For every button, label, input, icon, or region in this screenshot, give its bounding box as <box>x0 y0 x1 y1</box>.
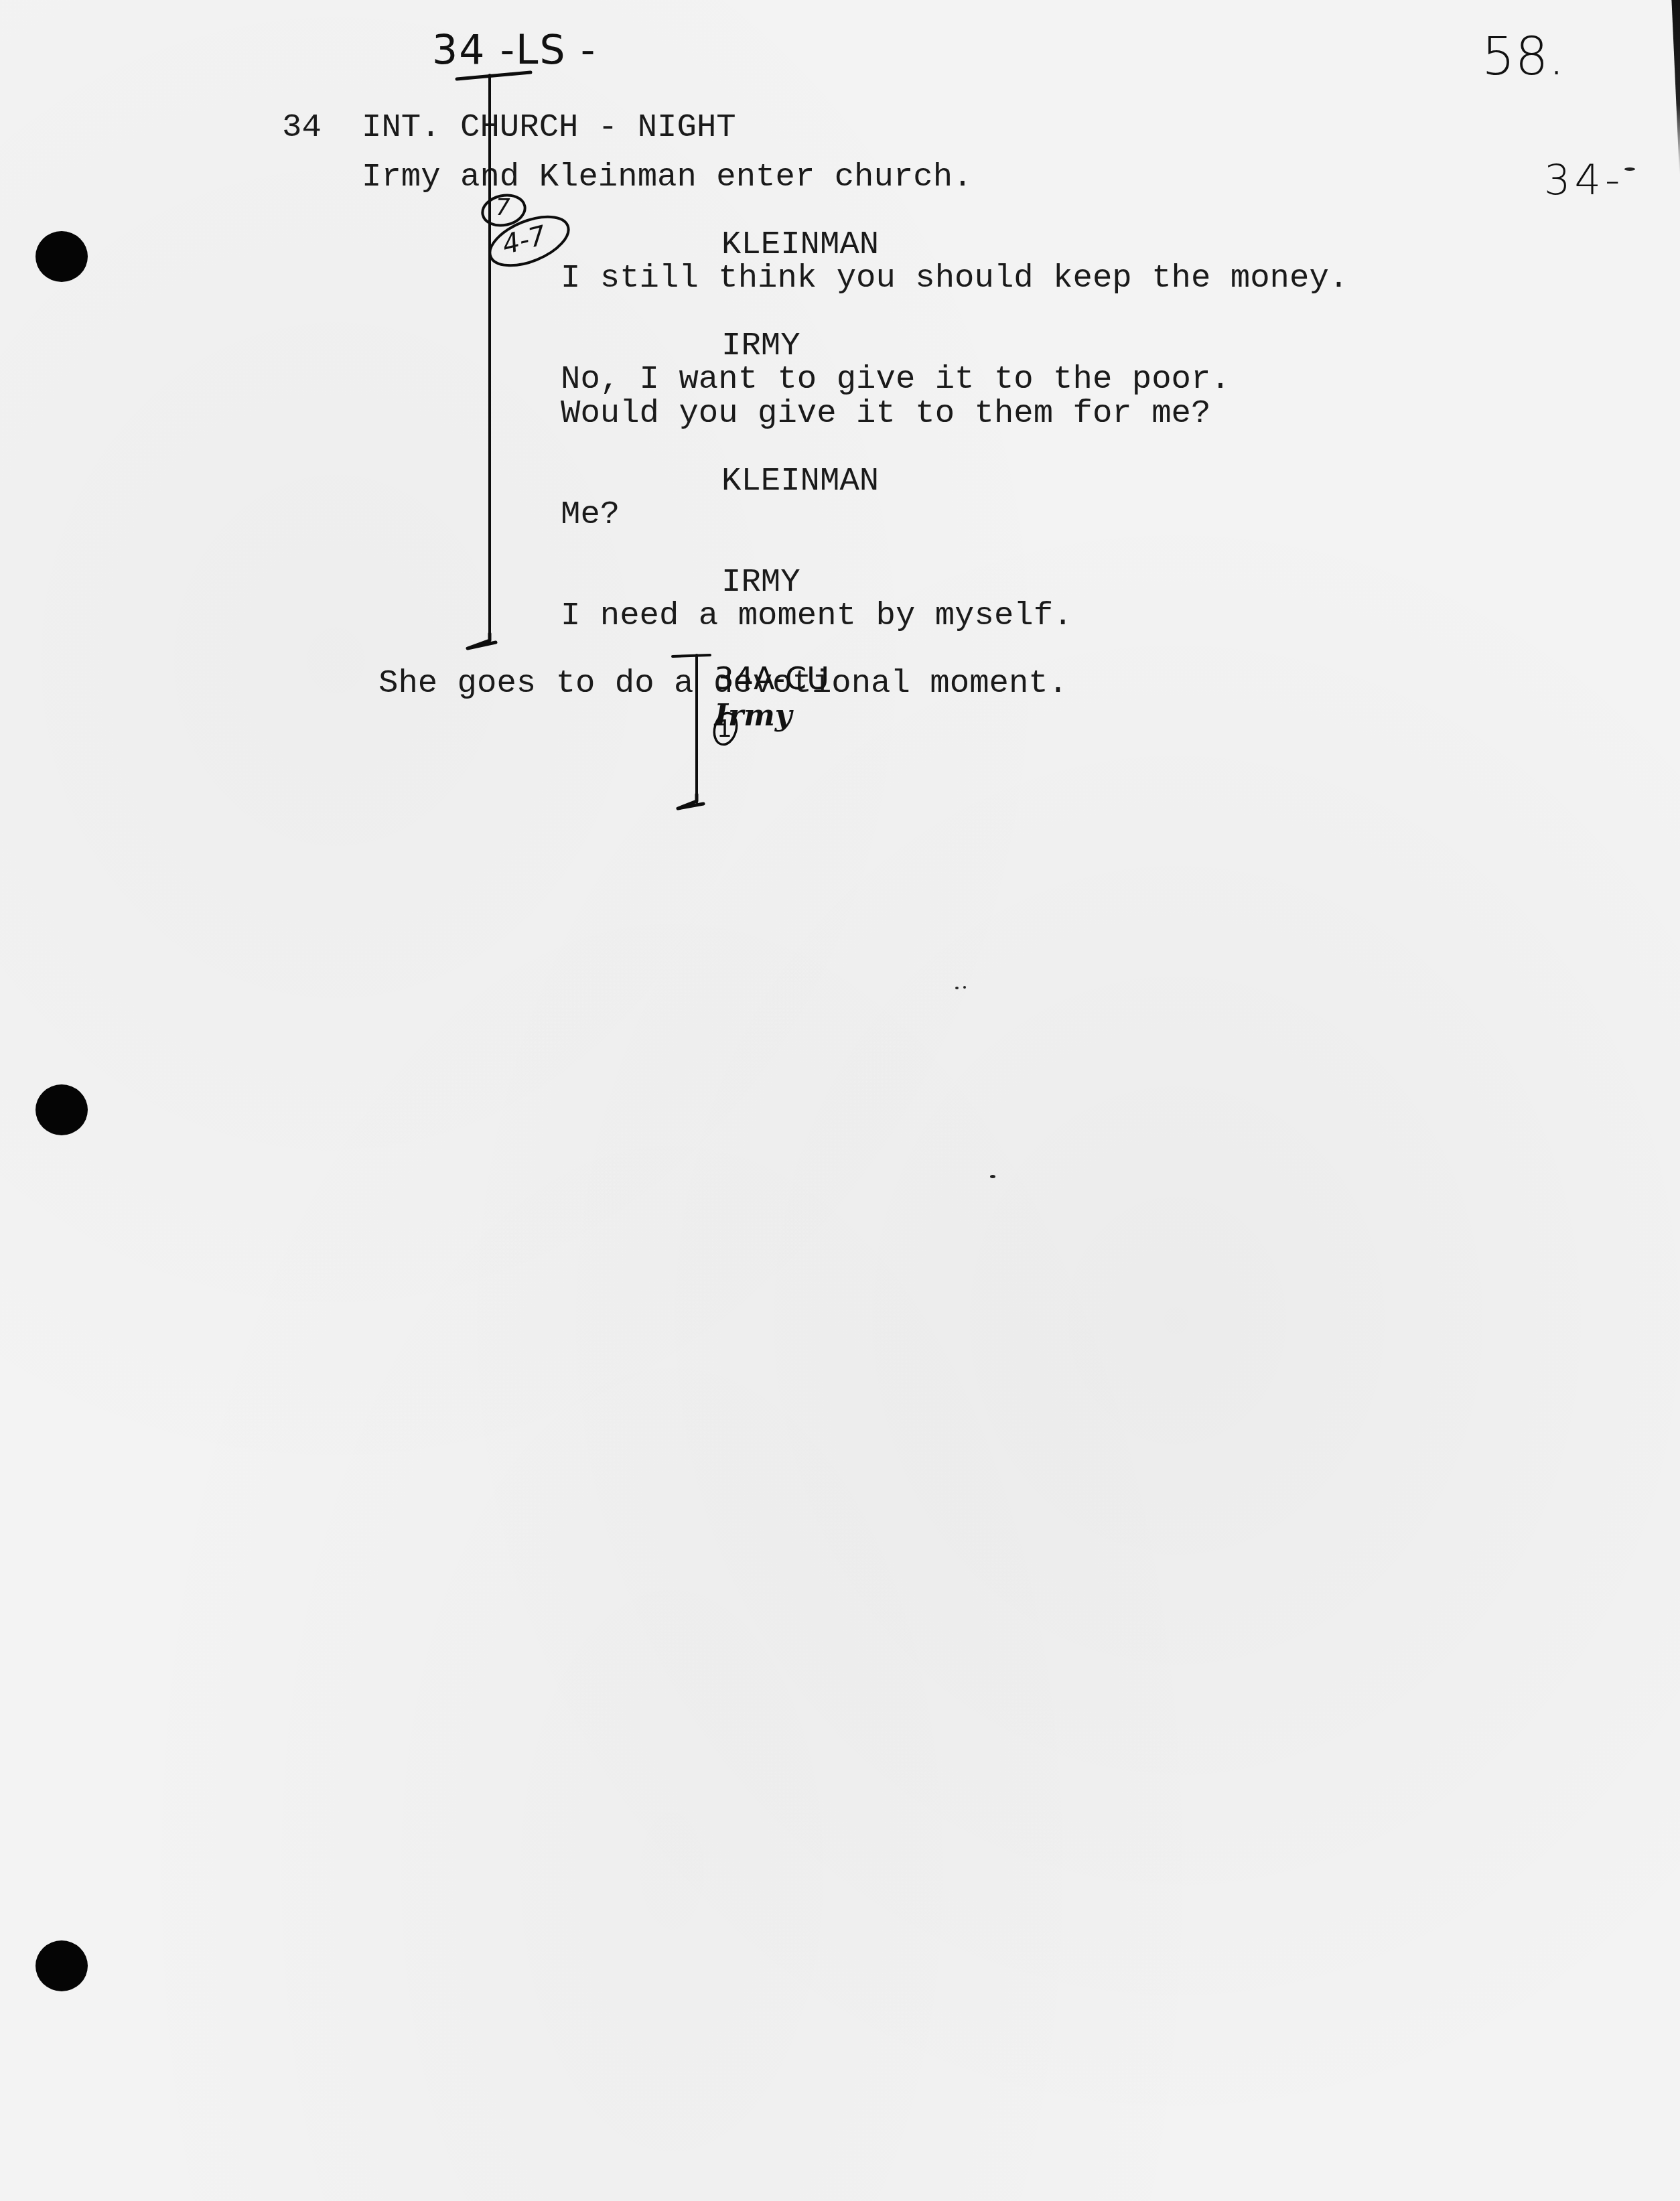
character-name: KLEINMAN <box>721 228 879 261</box>
dialogue-line: Me? <box>561 498 620 531</box>
scan-edge-shadow <box>1668 0 1680 174</box>
character-name: KLEINMAN <box>721 465 879 498</box>
margin-scene-note: 34- <box>1544 155 1624 204</box>
dialogue-line: I still think you should keep the money. <box>561 262 1348 295</box>
paper-speck <box>963 986 966 989</box>
paper-speck <box>1624 167 1635 171</box>
circled-take-number: 1 <box>717 715 732 743</box>
scene-number: 34 <box>282 111 322 144</box>
shot-annotation-top: 34 -LS - <box>432 27 596 74</box>
circled-setup-number: 7 <box>496 194 510 221</box>
character-name: IRMY <box>721 330 800 362</box>
shot-annotation-insert: 34A-CU Irmy <box>675 624 829 769</box>
paper-speck <box>990 1175 995 1178</box>
shot-insert-code: 34A-CU <box>715 660 829 697</box>
scene-heading: INT. CHURCH - NIGHT <box>362 111 736 144</box>
pen-markings <box>0 0 1680 2201</box>
punch-hole-middle <box>36 1084 88 1135</box>
page-number: 58. <box>1482 27 1565 87</box>
action-line: Irmy and Kleinman enter church. <box>362 161 973 194</box>
dialogue-line: No, I want to give it to the poor. <box>561 363 1231 396</box>
character-name: IRMY <box>721 566 800 599</box>
dialogue-line: Would you give it to them for me? <box>561 397 1210 430</box>
circled-setup-range: 4-7 <box>499 220 549 261</box>
punch-hole-top <box>36 231 88 282</box>
punch-hole-bottom <box>36 1940 88 1991</box>
script-page: 58. 34- 34 -LS - 34 INT. CHURCH - NIGHT … <box>0 0 1680 2201</box>
paper-speck <box>955 987 959 989</box>
